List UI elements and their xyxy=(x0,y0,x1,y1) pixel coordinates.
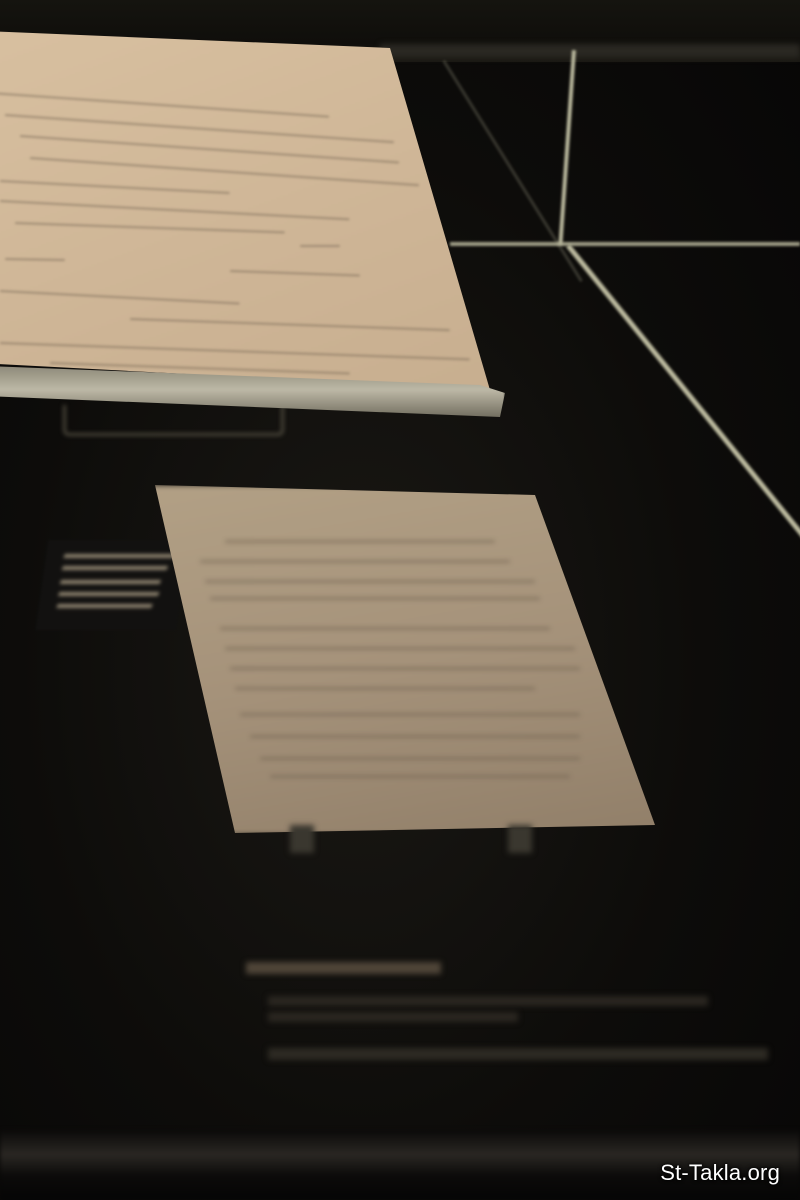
handwriting-line xyxy=(0,342,470,360)
exhibit-placard xyxy=(238,948,778,1068)
handwriting-line xyxy=(205,580,535,583)
placard-text-line xyxy=(58,592,159,596)
upper-manuscript xyxy=(0,30,520,430)
handwriting-line xyxy=(0,290,240,305)
handwriting-line xyxy=(225,647,575,650)
handwriting-line xyxy=(30,157,419,186)
handwriting-line xyxy=(130,318,450,331)
handwriting-line xyxy=(0,200,350,220)
placard-footer-rule xyxy=(268,1048,768,1060)
handwriting-line xyxy=(200,560,510,563)
handwriting-line xyxy=(225,540,495,543)
handwriting-line xyxy=(250,735,580,738)
placard-text-line xyxy=(268,1012,518,1022)
lower-stand-foot-left xyxy=(290,825,314,853)
lower-stand-foot-right xyxy=(508,825,532,853)
handwriting-line xyxy=(235,687,535,690)
handwriting-line xyxy=(270,775,570,778)
handwriting-line xyxy=(240,713,580,716)
watermark: St-Takla.org xyxy=(660,1160,780,1186)
placard-title-blurred xyxy=(246,962,441,974)
placard-text-line xyxy=(57,604,153,608)
handwriting-line xyxy=(0,92,329,118)
handwriting-line xyxy=(210,597,540,600)
handwriting-line xyxy=(0,180,230,194)
handwriting-line xyxy=(300,245,340,247)
handwriting-line xyxy=(260,757,580,760)
handwriting-line xyxy=(5,258,65,261)
lower-manuscript-handwriting xyxy=(150,485,660,835)
museum-display-photo: St-Takla.org xyxy=(0,0,800,1200)
handwriting-line xyxy=(15,222,285,233)
handwriting-line xyxy=(220,627,550,630)
placard-text-line xyxy=(60,580,161,584)
handwriting-line xyxy=(230,270,360,277)
lower-manuscript xyxy=(150,485,660,835)
handwriting-line xyxy=(230,667,580,670)
glass-case-vertical-edge xyxy=(558,50,576,245)
placard-text-line xyxy=(268,996,708,1006)
